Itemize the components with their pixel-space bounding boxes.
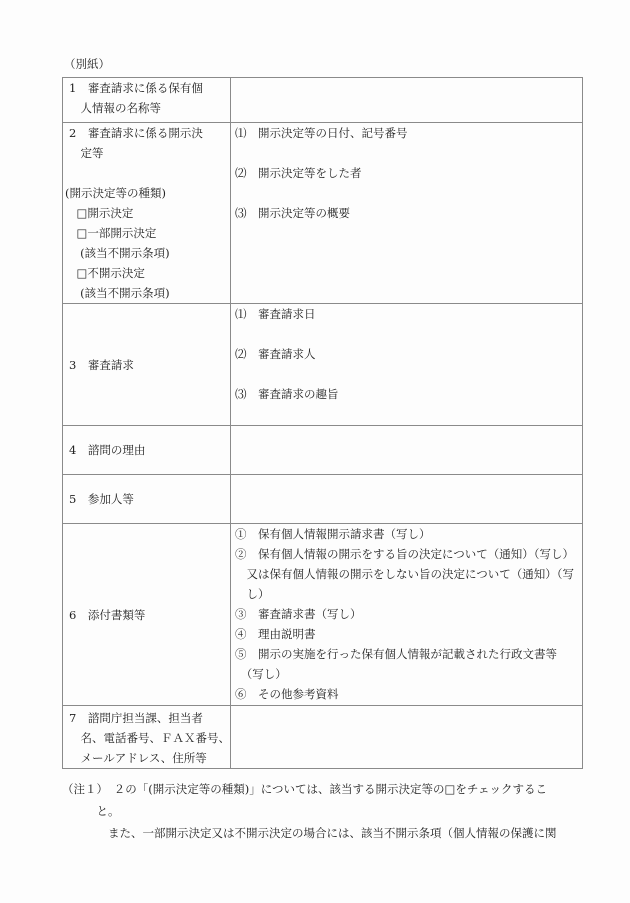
row-content-field[interactable] bbox=[231, 426, 583, 475]
row-disclosure-decision: 2 審査請求に係る開示決 定等 (開示決定等の種類) □開示決定 □一部開示決定… bbox=[63, 123, 583, 304]
row-content-field[interactable] bbox=[231, 475, 583, 524]
label-line: 4 諮問の理由 bbox=[63, 440, 230, 460]
checkbox-full-disclosure[interactable]: □開示決定 bbox=[65, 203, 230, 223]
item-request-purpose: ⑶ 審査請求の趣旨 bbox=[235, 384, 582, 404]
row-label: 3 審査請求 bbox=[63, 304, 231, 426]
row-content-field[interactable]: ⑴ 開示決定等の日付、記号番号 ⑵ 開示決定等をした者 ⑶ 開示決定等の概要 bbox=[231, 123, 583, 304]
label-line: 7 諮問庁担当課、担当者 bbox=[63, 708, 230, 728]
decision-type-heading: (開示決定等の種類) bbox=[65, 183, 230, 203]
attachment-item: ③ 審査請求書（写し） bbox=[235, 604, 582, 624]
attachment-item: ④ 理由説明書 bbox=[235, 624, 582, 644]
row-participants: 5 参加人等 bbox=[63, 475, 583, 524]
item-requester: ⑵ 審査請求人 bbox=[235, 344, 582, 364]
attachment-item: ⑤ 開示の実施を行った保有個人情報が記載された行政文書等 bbox=[235, 644, 582, 664]
row-content-field[interactable] bbox=[231, 706, 583, 769]
note-line: （注１） ２の「(開示決定等の種類)」については、該当する開示決定等の□をチェッ… bbox=[62, 778, 592, 800]
label-line: 3 審査請求 bbox=[63, 355, 230, 375]
item-decision-maker: ⑵ 開示決定等をした者 bbox=[235, 163, 582, 183]
attachment-item-continued: （写し） bbox=[235, 664, 582, 684]
spacer bbox=[235, 183, 582, 203]
attachment-item: ⑥ その他参考資料 bbox=[235, 684, 582, 704]
item-decision-summary: ⑶ 開示決定等の概要 bbox=[235, 203, 582, 223]
label-line: 6 添付書類等 bbox=[63, 605, 230, 625]
row-label: 2 審査請求に係る開示決 定等 (開示決定等の種類) □開示決定 □一部開示決定… bbox=[63, 123, 231, 304]
label-line: 5 参加人等 bbox=[63, 489, 230, 509]
attachment-item-continued: 又は保有個人情報の開示をしない旨の決定について（通知）（写 bbox=[235, 564, 582, 584]
label-line: 人情報の名称等 bbox=[63, 98, 230, 118]
label-line: メールアドレス、住所等 bbox=[63, 748, 230, 768]
row-personal-info-name: 1 審査請求に係る保有個 人情報の名称等 bbox=[63, 78, 583, 123]
row-review-request: 3 審査請求 ⑴ 審査請求日 ⑵ 審査請求人 ⑶ 審査請求の趣旨 bbox=[63, 304, 583, 426]
note-line: また、一部開示決定又は不開示決定の場合には、該当不開示条項（個人情報の保護に関 bbox=[62, 822, 592, 844]
item-date-number: ⑴ 開示決定等の日付、記号番号 bbox=[235, 123, 582, 143]
row-content-field[interactable]: ① 保有個人情報開示請求書（写し） ② 保有個人情報の開示をする旨の決定について… bbox=[231, 524, 583, 706]
checkbox-partial-disclosure[interactable]: □一部開示決定 bbox=[65, 223, 230, 243]
row-attachments: 6 添付書類等 ① 保有個人情報開示請求書（写し） ② 保有個人情報の開示をする… bbox=[63, 524, 583, 706]
row-contact-info: 7 諮問庁担当課、担当者 名、電話番号、ＦＡＸ番号、 メールアドレス、住所等 bbox=[63, 706, 583, 769]
attachment-item: ① 保有個人情報開示請求書（写し） bbox=[235, 524, 582, 544]
attachment-item-continued: し） bbox=[235, 584, 582, 604]
notes-section: （注１） ２の「(開示決定等の種類)」については、該当する開示決定等の□をチェッ… bbox=[62, 778, 592, 844]
label-line bbox=[65, 163, 230, 183]
attachment-item: ② 保有個人情報の開示をする旨の決定について（通知）（写し） bbox=[235, 544, 582, 564]
row-consultation-reason: 4 諮問の理由 bbox=[63, 426, 583, 475]
row-label: 1 審査請求に係る保有個 人情報の名称等 bbox=[63, 78, 231, 123]
checkbox-non-disclosure[interactable]: □不開示決定 bbox=[65, 263, 230, 283]
item-request-date: ⑴ 審査請求日 bbox=[235, 304, 582, 324]
label-line: 1 審査請求に係る保有個 bbox=[63, 78, 230, 98]
annex-label: （別紙） bbox=[64, 56, 110, 72]
row-content-field[interactable] bbox=[231, 78, 583, 123]
row-label: 4 諮問の理由 bbox=[63, 426, 231, 475]
consultation-form-table: 1 審査請求に係る保有個 人情報の名称等 2 審査請求に係る開示決 定等 (開示… bbox=[62, 77, 583, 769]
label-line: 名、電話番号、ＦＡＸ番号、 bbox=[63, 728, 230, 748]
spacer bbox=[235, 143, 582, 163]
note-line: と。 bbox=[62, 800, 592, 822]
row-label: 5 参加人等 bbox=[63, 475, 231, 524]
row-label: 6 添付書類等 bbox=[63, 524, 231, 706]
exemption-clause-label: (該当不開示条項) bbox=[65, 243, 230, 263]
label-line: 定等 bbox=[65, 143, 230, 163]
label-line: 2 審査請求に係る開示決 bbox=[65, 123, 230, 143]
exemption-clause-label: (該当不開示条項) bbox=[65, 283, 230, 303]
spacer bbox=[235, 364, 582, 384]
row-label: 7 諮問庁担当課、担当者 名、電話番号、ＦＡＸ番号、 メールアドレス、住所等 bbox=[63, 706, 231, 769]
spacer bbox=[235, 324, 582, 344]
row-content-field[interactable]: ⑴ 審査請求日 ⑵ 審査請求人 ⑶ 審査請求の趣旨 bbox=[231, 304, 583, 426]
